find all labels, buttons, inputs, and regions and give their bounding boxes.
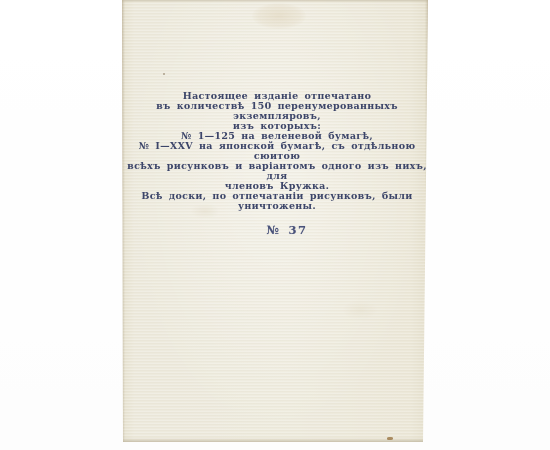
edition-statement: Настоящее изданіе отпечатано въ количест… xyxy=(126,92,428,132)
colophon-text: Настоящее изданіе отпечатано въ количест… xyxy=(126,92,428,235)
colophon-line: въ количествѣ 150 перенумерованныхъ экзе… xyxy=(126,102,428,122)
paper-stain xyxy=(252,3,306,29)
paper-speck xyxy=(163,73,165,75)
plates-destroyed-statement: Всѣ доски, по отпечатаніи рисунковъ, был… xyxy=(126,192,428,212)
colophon-line: всѣхъ рисунковъ и варіантомъ одного изъ … xyxy=(126,162,428,182)
colophon-line: уничтожены. xyxy=(126,202,428,212)
paper-speck xyxy=(387,437,393,440)
paper-types-statement: № 1—125 на веленевой бумагѣ, № I—XXV на … xyxy=(126,132,428,192)
photo-background: Настоящее изданіе отпечатано въ количест… xyxy=(0,0,550,450)
colophon-line: № I—XXV на японской бумагѣ, съ отдѣльною… xyxy=(126,142,428,162)
paper-stain xyxy=(342,300,378,320)
copy-number-stamp: № 37 xyxy=(136,225,438,235)
book-page: Настоящее изданіе отпечатано въ количест… xyxy=(122,0,428,442)
